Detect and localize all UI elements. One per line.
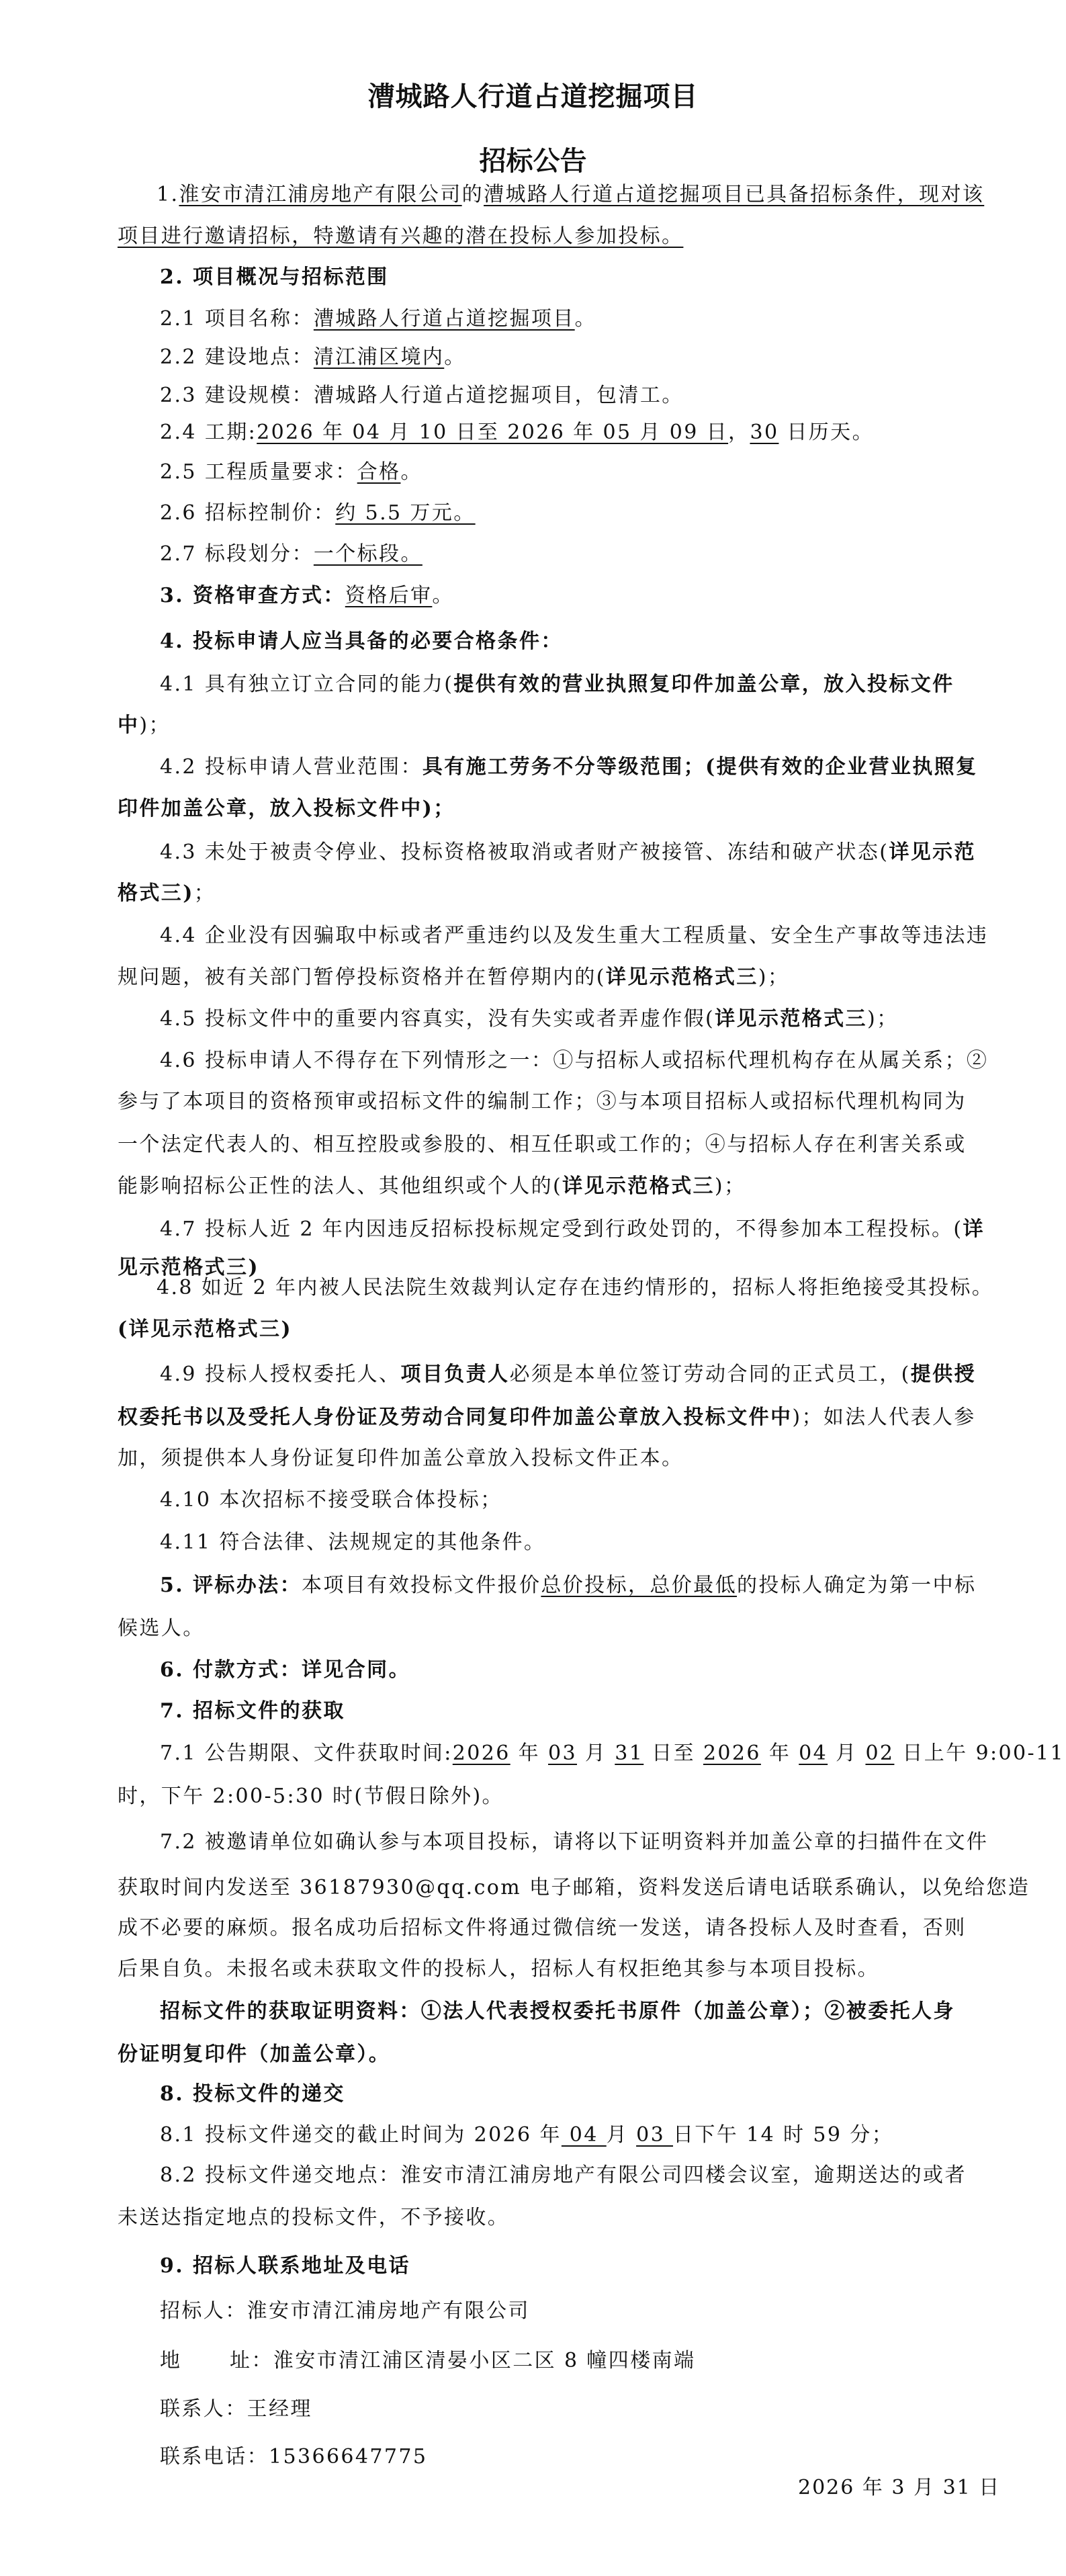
- cond-4-5: 4.5 投标文件中的重要内容真实，没有失实或者弄虚作假(详见示范格式三)；: [160, 1006, 966, 1033]
- cond-4-3-line2: 格式三)；: [118, 880, 967, 907]
- section-5-line1: 5. 评标办法：本项目有效投标文件报价总价投标，总价最低的投标人确定为第一中标: [160, 1572, 966, 1599]
- s1-line1: 1.淮安市清江浦房地产有限公司的漕城路人行道占道挖掘项目已具备招标条件，现对该: [157, 181, 967, 208]
- item-8-2-line1: 8.2 投标文件递交地点：淮安市清江浦房地产有限公司四楼会议室，逾期送达的或者: [160, 2162, 966, 2189]
- item-7-2-line4: 后果自负。未报名或未获取文件的投标人，招标人有权拒绝其参与本项目投标。: [118, 1956, 967, 1983]
- item-7-1-line2: 时，下午 2:00-5:30 时(节假日除外)。: [118, 1783, 967, 1810]
- cond-4-2-line2: 印件加盖公章，放入投标文件中)；: [118, 796, 967, 822]
- cond-4-1-line2: 中)；: [118, 712, 967, 739]
- s1-line2: 项目进行邀请招标，特邀请有兴趣的潜在投标人参加投标。: [118, 223, 967, 250]
- item-7-1-line1: 7.1 公告期限、文件获取时间:2026 年 03 月 31 日至 2026 年…: [160, 1740, 966, 1767]
- item-2-7: 2.7 标段划分：一个标段。: [160, 541, 966, 568]
- cond-4-1-line1: 4.1 具有独立订立合同的能力(提供有效的营业执照复印件加盖公章，放入投标文件: [160, 671, 966, 698]
- section-2-heading: 2. 项目概况与招标范围: [160, 264, 966, 291]
- document-page: 漕城路人行道占道挖掘项目 招标公告 1.淮安市清江浦房地产有限公司的漕城路人行道…: [0, 0, 1066, 2576]
- item-2-1: 2.1 项目名称：漕城路人行道占道挖掘项目。: [160, 306, 966, 333]
- owner-name: 淮安市清江浦房地产有限公司: [179, 183, 461, 206]
- item-2-5: 2.5 工程质量要求：合格。: [160, 459, 966, 486]
- cond-4-10: 4.10 本次招标不接受联合体投标；: [160, 1487, 966, 1514]
- proof-line1: 招标文件的获取证明资料：①法人代表授权委托书原件（加盖公章）；②被委托人身: [160, 1998, 966, 2025]
- document-title: 漕城路人行道占道挖掘项目: [0, 75, 1066, 114]
- cond-4-4-line2: 规问题，被有关部门暂停投标资格并在暂停期内的(详见示范格式三)；: [118, 964, 967, 991]
- document-subtitle: 招标公告: [0, 140, 1066, 178]
- item-7-2-line1: 7.2 被邀请单位如确认参与本项目投标，请将以下证明资料并加盖公章的扫描件在文件: [160, 1829, 966, 1856]
- tenderer-line: 招标人：淮安市清江浦房地产有限公司: [160, 2298, 966, 2325]
- cond-4-8-line1: 4.8 如近 2 年内被人民法院生效裁判认定存在违约情形的，招标人将拒绝接受其投…: [157, 1275, 967, 1301]
- announcement-date: 2026 年 3 月 31 日: [798, 2475, 1000, 2501]
- section-7-heading: 7. 招标文件的获取: [160, 1698, 966, 1725]
- item-2-6: 2.6 招标控制价：约 5.5 万元。: [160, 500, 966, 527]
- section-8-heading: 8. 投标文件的递交: [160, 2081, 966, 2108]
- section-5-line2: 候选人。: [118, 1615, 967, 1642]
- item-8-1: 8.1 投标文件递交的截止时间为 2026 年 04 月 03 日下午 14 时…: [160, 2122, 966, 2149]
- item-2-2: 2.2 建设地点：清江浦区境内。: [160, 344, 966, 371]
- address-line: 地 址：淮安市清江浦区清晏小区二区 8 幢四楼南端: [160, 2348, 966, 2374]
- contact-phone-line: 联系电话：15366647775: [160, 2444, 966, 2471]
- cond-4-11: 4.11 符合法律、法规规定的其他条件。: [160, 1529, 966, 1556]
- cond-4-8-line2: (详见示范格式三): [118, 1316, 967, 1343]
- cond-4-2-line1: 4.2 投标申请人营业范围：具有施工劳务不分等级范围；(提供有效的企业营业执照复: [160, 754, 966, 781]
- item-2-4: 2.4 工期:2026 年 04 月 10 日至 2026 年 05 月 09 …: [160, 419, 966, 446]
- item-8-2-line2: 未送达指定地点的投标文件，不予接收。: [118, 2204, 967, 2231]
- cond-4-6-line1: 4.6 投标申请人不得存在下列情形之一：①与招标人或招标代理机构存在从属关系；②: [160, 1047, 966, 1074]
- cond-4-4-line1: 4.4 企业没有因骗取中标或者严重违约以及发生重大工程质量、安全生产事故等违法违: [160, 922, 966, 949]
- proof-line2: 份证明复印件（加盖公章）。: [118, 2041, 967, 2068]
- item-7-2-line2: 获取时间内发送至 36187930@qq.com 电子邮箱，资料发送后请电话联系…: [118, 1875, 967, 1901]
- cond-4-9-line2: 权委托书以及受托人身份证及劳动合同复印件加盖公章放入投标文件中)；如法人代表人参: [118, 1404, 967, 1431]
- cond-4-7-line1: 4.7 投标人近 2 年内因违反招标投标规定受到行政处罚的，不得参加本工程投标。…: [160, 1216, 966, 1243]
- item-2-3: 2.3 建设规模：漕城路人行道占道挖掘项目，包清工。: [160, 382, 966, 409]
- cond-4-6-line4: 能影响招标公正性的法人、其他组织或个人的(详见示范格式三)；: [118, 1173, 967, 1200]
- section-9-heading: 9. 招标人联系地址及电话: [160, 2253, 966, 2280]
- contact-person-line: 联系人：王经理: [160, 2396, 966, 2423]
- item-7-2-line3: 成不必要的麻烦。报名成功后招标文件将通过微信统一发送，请各投标人及时查看，否则: [118, 1915, 967, 1942]
- cond-4-6-line3: 一个法定代表人的、相互控股或参股的、相互任职或工作的；④与招标人存在利害关系或: [118, 1131, 967, 1158]
- cond-4-9-line3: 加，须提供本人身份证复印件加盖公章放入投标文件正本。: [118, 1445, 967, 1472]
- email-text: 获取时间内发送至 36187930@qq.com 电子邮箱，资料发送后请电话联系…: [118, 1876, 1030, 1899]
- cond-4-6-line2: 参与了本项目的资格预审或招标文件的编制工作；③与本项目招标人或招标代理机构同为: [118, 1088, 967, 1115]
- cond-4-9-line1: 4.9 投标人授权委托人、项目负责人必须是本单位签订劳动合同的正式员工，(提供授: [160, 1361, 966, 1388]
- section-6: 6. 付款方式：详见合同。: [160, 1657, 966, 1684]
- section-3: 3. 资格审查方式：资格后审。: [160, 583, 966, 609]
- cond-4-3-line1: 4.3 未处于被责令停业、投标资格被取消或者财产被接管、冻结和破产状态(详见示范: [160, 839, 966, 866]
- section-4-heading: 4. 投标申请人应当具备的必要合格条件：: [160, 628, 966, 655]
